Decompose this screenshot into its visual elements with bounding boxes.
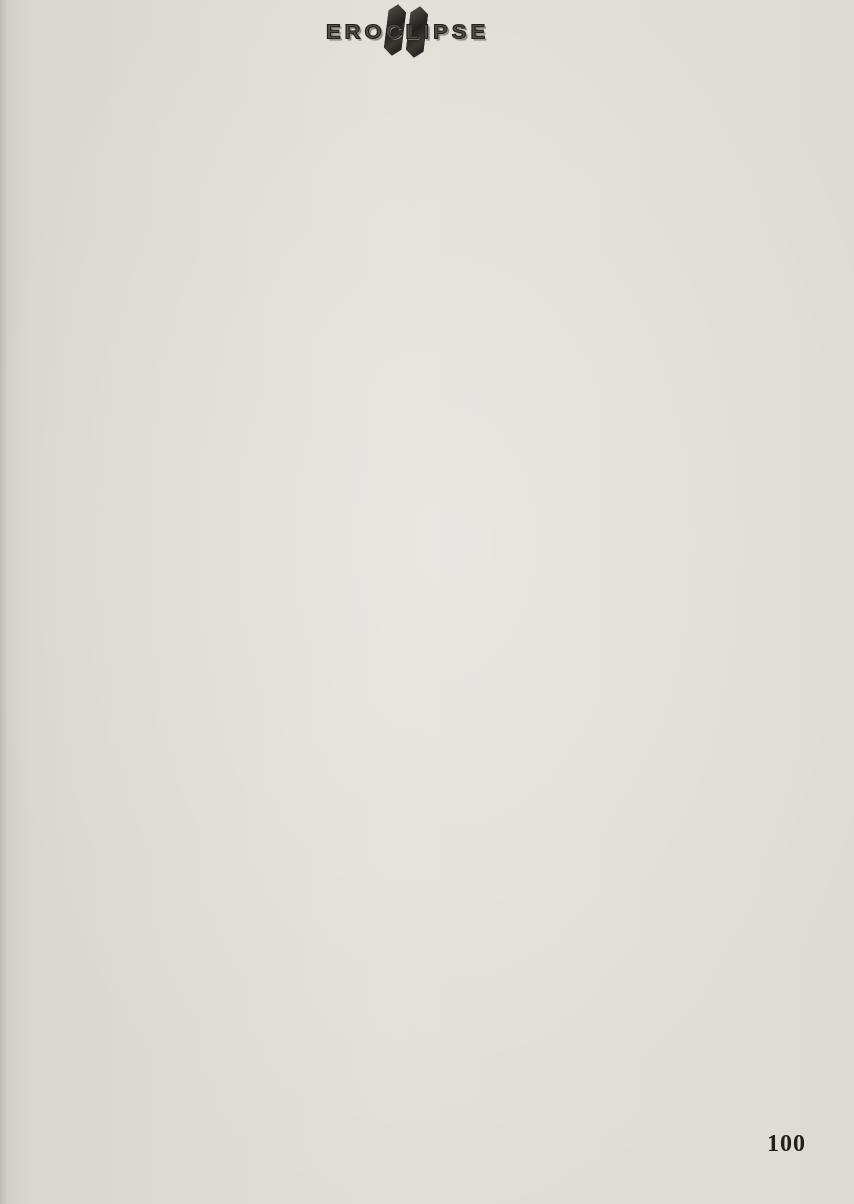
page-number: 100 [767,1131,806,1158]
script-block-top [71,72,823,606]
script-block-bottom [59,616,807,1156]
logo-wordmark: EROCLIPSE [326,20,488,44]
eroclipse-logo: EROCLIPSE [326,3,488,59]
scanned-script-page: EROCLIPSE 100 [0,0,854,1204]
